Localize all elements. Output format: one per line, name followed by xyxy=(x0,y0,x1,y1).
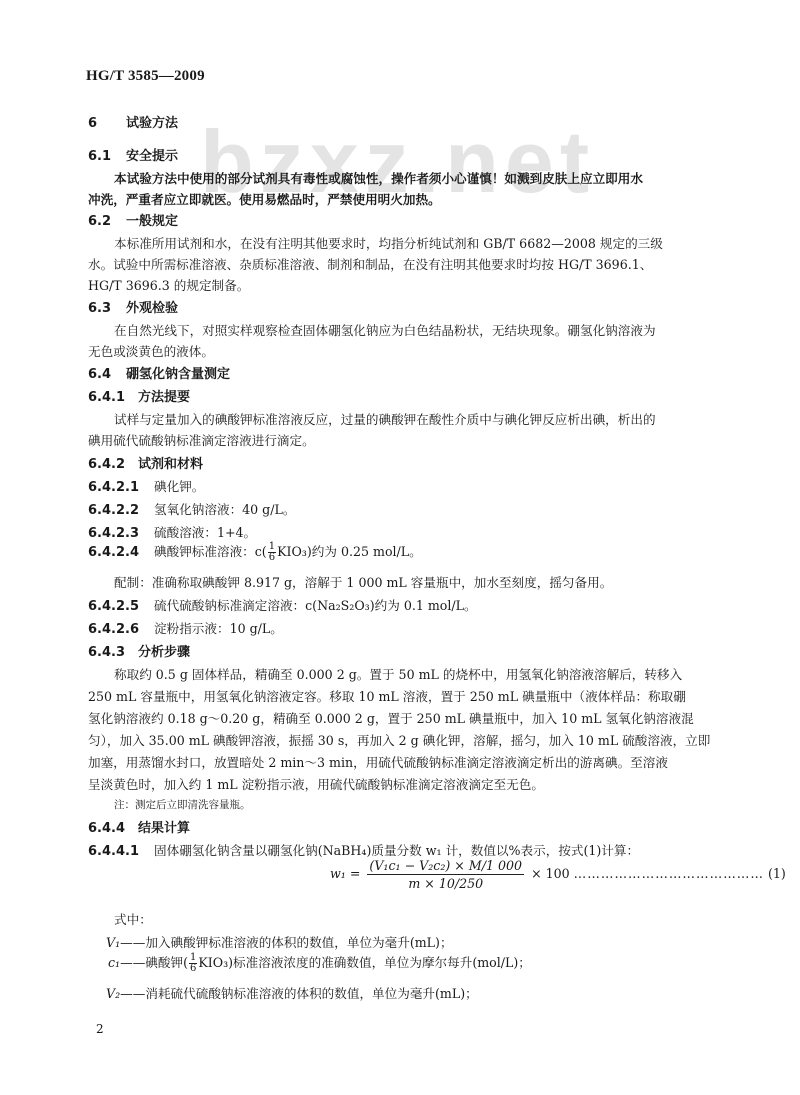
safety-text: 冲洗，严重者应立即就医。使用易燃品时，严禁使用明火加热。 xyxy=(88,189,441,208)
fraction: 16 xyxy=(189,953,197,974)
paragraph-line: 称取约 0.5 g 固体样品，精确至 0.000 2 g。置于 50 mL 的烧… xyxy=(88,664,682,683)
section-heading: 6.3外观检验 xyxy=(88,297,178,316)
section-number: 6 xyxy=(88,116,116,131)
formula-lhs: w₁ = xyxy=(330,866,360,881)
where-label: 式中： xyxy=(114,909,152,928)
fraction-denominator: 6 xyxy=(268,553,276,563)
variable-description: ——碘酸钾( xyxy=(120,955,188,970)
subsection-heading: 6.4.4结果计算 xyxy=(88,817,190,836)
item-text: 硫酸溶液：1+4。 xyxy=(154,525,256,540)
page-number: 2 xyxy=(96,1022,104,1036)
section-number: 6.4.4 xyxy=(88,821,128,836)
paragraph-line: 在自然光线下，对照实样观察检查固体硼氢化钠应为白色结晶粉状，无结块现象。硼氢化钠… xyxy=(88,320,656,339)
item-number: 6.4.2.3 xyxy=(88,526,140,541)
section-number: 6.4.1 xyxy=(88,390,128,405)
item-text: KIO₃)约为 0.25 mol/L。 xyxy=(277,544,422,559)
paragraph-line: 加塞，用蒸馏水封口，放置暗处 2 min～3 min，用硫代硫酸钠标准滴定溶液滴… xyxy=(88,752,668,771)
item-number: 6.4.2.6 xyxy=(88,622,140,637)
paragraph-line: 呈淡黄色时，加入约 1 mL 淀粉指示液，用硫代硫酸钠标准滴定溶液滴定至无色。 xyxy=(88,774,544,793)
section-number: 6.4.3 xyxy=(88,645,128,660)
item-number: 6.4.2.5 xyxy=(88,599,140,614)
reagent-item: 6.4.2.2氢氧化钠溶液：40 g/L。 xyxy=(88,499,295,518)
formula-numerator: (V₁c₁ − V₂c₂) × M/1 000 xyxy=(367,858,524,875)
section-number: 6.4 xyxy=(88,367,116,382)
preparation-text: 配制：准确称取碘酸钾 8.917 g，溶解于 1 000 mL 容量瓶中，加水至… xyxy=(88,572,612,591)
section-title: 外观检验 xyxy=(126,301,178,316)
calc-instruction: 6.4.4.1固体硼氢化钠含量以硼氢化钠(NaBH₄)质量分数 w₁ 计，数值以… xyxy=(88,840,639,859)
paragraph-line: 水。试验中所需标准溶液、杂质标准溶液、制剂和制品，在没有注明其他要求时均按 HG… xyxy=(88,254,652,273)
reagent-item: 6.4.2.3硫酸溶液：1+4。 xyxy=(88,522,256,541)
variable-description: KIO₃)标准溶液浓度的准确数值，单位为摩尔每升(mol/L)； xyxy=(198,955,531,970)
item-text: 淀粉指示液：10 g/L。 xyxy=(154,621,283,636)
paragraph-line: 无色或淡黄色的液体。 xyxy=(88,341,214,360)
section-title: 结果计算 xyxy=(138,821,190,836)
formula-denominator: m × 10/250 xyxy=(367,875,524,891)
section-number: 6.3 xyxy=(88,301,116,316)
variable-symbol: V₂ xyxy=(106,986,120,1001)
formula-tail: × 100 xyxy=(531,866,570,881)
section-title: 安全提示 xyxy=(126,149,178,164)
section-heading: 6.2一般规定 xyxy=(88,210,178,229)
item-text: 氢氧化钠溶液：40 g/L。 xyxy=(154,502,295,517)
section-title: 试验方法 xyxy=(126,116,178,131)
subsection-heading: 6.4.3分析步骤 xyxy=(88,641,190,660)
fraction-denominator: 6 xyxy=(189,964,197,974)
paragraph-line: 碘用硫代硫酸钠标准滴定溶液进行滴定。 xyxy=(88,430,315,449)
item-number: 6.4.4.1 xyxy=(88,844,140,859)
variable-definition: V₂——消耗硫代硫酸钠标准溶液的体积的数值，单位为毫升(mL)； xyxy=(106,983,478,1002)
variable-symbol: c₁ xyxy=(108,955,120,970)
fraction: 16 xyxy=(268,542,276,563)
reagent-item: 6.4.2.1碘化钾。 xyxy=(88,476,204,495)
item-text: 碘化钾。 xyxy=(154,479,204,494)
section-number: 6.4.2 xyxy=(88,457,128,472)
formula-1: w₁ = (V₁c₁ − V₂c₂) × M/1 000 m × 10/250 … xyxy=(330,858,786,891)
reagent-item: 6.4.2.6淀粉指示液：10 g/L。 xyxy=(88,618,283,637)
safety-text: 本试验方法中使用的部分试剂具有毒性或腐蚀性，操作者须小心谨慎！如溅到皮肤上应立即… xyxy=(88,168,643,187)
paragraph-line: 本标准所用试剂和水，在没有注明其他要求时，均指分析纯试剂和 GB/T 6682—… xyxy=(88,233,663,252)
section-heading: 6试验方法 xyxy=(88,112,178,131)
document-page: bzxz.net HG/T 3585—2009 6试验方法 6.1安全提示 本试… xyxy=(0,0,800,1095)
paragraph-line: 250 mL 容量瓶中，用氢氧化钠溶液定容。移取 10 mL 溶液，置于 250… xyxy=(88,686,686,705)
variable-definition: c₁——碘酸钾(16KIO₃)标准溶液浓度的准确数值，单位为摩尔每升(mol/L… xyxy=(108,952,531,974)
subsection-heading: 6.4.1方法提要 xyxy=(88,386,190,405)
note-text: 注：测定后立即清洗容量瓶。 xyxy=(88,797,251,812)
variable-description: ——消耗硫代硫酸钠标准溶液的体积的数值，单位为毫升(mL)； xyxy=(120,986,478,1001)
item-text: 固体硼氢化钠含量以硼氢化钠(NaBH₄)质量分数 w₁ 计，数值以%表示，按式(… xyxy=(154,843,639,858)
variable-symbol: V₁ xyxy=(106,935,120,950)
formula-fraction: (V₁c₁ − V₂c₂) × M/1 000 m × 10/250 xyxy=(367,858,524,891)
section-title: 一般规定 xyxy=(126,214,178,229)
item-number: 6.4.2.1 xyxy=(88,480,140,495)
item-text: 硫代硫酸钠标准滴定溶液：c(Na₂S₂O₃)约为 0.1 mol/L。 xyxy=(154,598,477,613)
section-heading: 6.4硼氢化钠含量测定 xyxy=(88,363,230,382)
item-text: 碘酸钾标准溶液：c( xyxy=(154,544,267,559)
section-number: 6.1 xyxy=(88,149,116,164)
item-number: 6.4.2.4 xyxy=(88,545,140,560)
paragraph-line: 试样与定量加入的碘酸钾标准溶液反应，过量的碘酸钾在酸性介质中与碘化钾反应析出碘，… xyxy=(88,409,656,428)
reagent-item: 6.4.2.4碘酸钾标准溶液：c(16KIO₃)约为 0.25 mol/L。 xyxy=(88,541,422,563)
section-title: 硼氢化钠含量测定 xyxy=(126,367,230,382)
variable-description: ——加入碘酸钾标准溶液的体积的数值，单位为毫升(mL)； xyxy=(120,935,452,950)
formula-leader-dots: …………………………………… xyxy=(574,866,764,881)
section-title: 分析步骤 xyxy=(138,645,190,660)
paragraph-line: 氢化钠溶液约 0.18 g～0.20 g，精确至 0.000 2 g，置于 25… xyxy=(88,708,694,727)
paragraph-line: 匀），加入 35.00 mL 碘酸钾溶液，振摇 30 s，再加入 2 g 碘化钾… xyxy=(88,730,710,749)
section-number: 6.2 xyxy=(88,214,116,229)
subsection-heading: 6.4.2试剂和材料 xyxy=(88,453,203,472)
equation-number: (1) xyxy=(768,866,786,881)
paragraph-line: HG/T 3696.3 的规定制备。 xyxy=(88,275,249,294)
section-title: 试剂和材料 xyxy=(138,457,203,472)
standard-code: HG/T 3585—2009 xyxy=(86,68,205,85)
section-heading: 6.1安全提示 xyxy=(88,145,178,164)
item-number: 6.4.2.2 xyxy=(88,503,140,518)
section-title: 方法提要 xyxy=(138,390,190,405)
variable-definition: V₁——加入碘酸钾标准溶液的体积的数值，单位为毫升(mL)； xyxy=(106,932,453,951)
reagent-item: 6.4.2.5硫代硫酸钠标准滴定溶液：c(Na₂S₂O₃)约为 0.1 mol/… xyxy=(88,595,477,614)
